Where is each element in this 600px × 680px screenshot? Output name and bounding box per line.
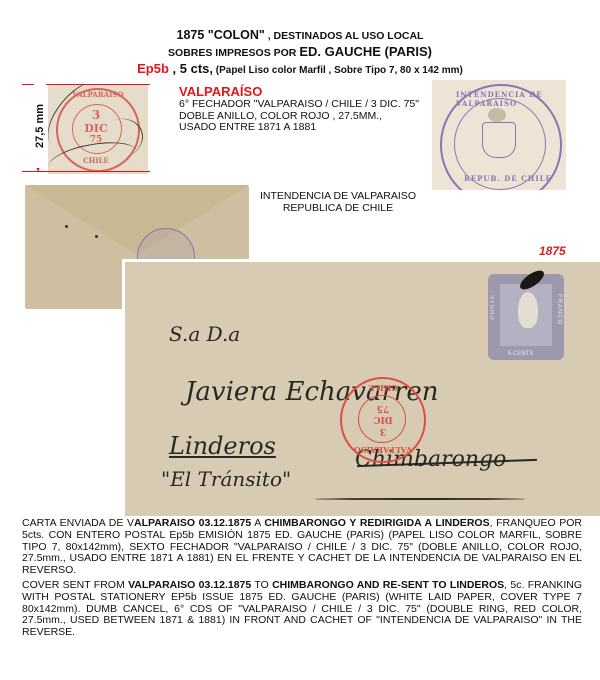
- bold-text: ALPARAISO 03.12.1875: [134, 517, 251, 529]
- red-cds-year: 75: [342, 403, 424, 413]
- indicium-left-text: PORTE: [490, 294, 496, 320]
- description-english: COVER SENT FROM VALPARAISO 03.12.1875 TO…: [22, 580, 582, 639]
- red-cds-month: DIC: [342, 414, 424, 424]
- header-line-3: Ep5b , 5 cts, (Papel Liso color Marfil ,…: [0, 61, 600, 78]
- cachet-caption: INTENDENCIA DE VALPARAISO REPUBLICA DE C…: [258, 190, 418, 214]
- coat-of-arms-crest: [488, 108, 506, 122]
- cachet-detail-image: INTENDENCIA DE VALPARAISO REPUB. DE CHIL…: [432, 80, 566, 190]
- text: TO: [251, 579, 272, 591]
- measure-label: 27,5 mm: [34, 84, 46, 168]
- red-cds-postmark: CHILE 75 DIC 3 VALPARAISO: [340, 377, 426, 463]
- measure-bottom-line: [22, 171, 150, 172]
- header-subtitle: , DESTINADOS AL USO LOCAL: [265, 30, 424, 42]
- paper-detail: (Papel Liso color Marfil , Sobre Tipo 7,…: [213, 65, 463, 76]
- envelope-flap: [25, 185, 249, 255]
- page-header: 1875 "COLON" , DESTINADOS AL USO LOCAL S…: [0, 28, 600, 78]
- indicium-bottom-text: 5 CENTS: [508, 351, 533, 357]
- text: A: [251, 517, 264, 529]
- text: COVER SENT FROM: [22, 579, 128, 591]
- face-value: , 5 cts,: [169, 61, 213, 76]
- header-printed-by: SOBRES IMPRESOS POR: [168, 47, 299, 59]
- diameter-measurement: 27,5 mm: [22, 84, 162, 172]
- postmark-title: VALPARAÍSO: [179, 84, 262, 99]
- year-label: 1875: [539, 244, 566, 258]
- spot: [95, 235, 98, 238]
- address-town: Linderos: [169, 432, 276, 460]
- text: CARTA ENVIADA DE V: [22, 517, 134, 529]
- bold-text: CHIMBARONGO AND RE-SENT TO LINDEROS: [272, 579, 504, 591]
- envelope-front-image: PORTE FRANCO 5 CENTS S.a D.a Javiera Ech…: [122, 259, 600, 516]
- red-cds-top-text: CHILE: [342, 383, 424, 393]
- spot: [65, 225, 68, 228]
- header-title: 1875 "COLON": [177, 28, 265, 42]
- catalog-code: Ep5b: [137, 61, 169, 76]
- cachet-caption-line-1: INTENDENCIA DE VALPARAISO: [258, 190, 418, 202]
- indicium-right-text: FRANCO: [556, 294, 562, 325]
- bold-text: VALPARAISO 03.12.1875: [128, 579, 251, 591]
- bold-text: CHIMBARONGO Y REDIRIGIDA A LINDEROS: [264, 517, 489, 529]
- red-cds-day: 3: [342, 426, 424, 436]
- address-estate: "El Tránsito": [161, 467, 291, 491]
- header-line-2: SOBRES IMPRESOS POR ED. GAUCHE (PARIS): [0, 44, 600, 61]
- underline-stroke: [315, 498, 525, 500]
- postmark-description: 6° FECHADOR "VALPARAISO / CHILE / 3 DIC.…: [179, 99, 419, 134]
- address-salutation: S.a D.a: [169, 322, 240, 346]
- header-printer: ED. GAUCHE (PARIS): [299, 44, 432, 59]
- coat-of-arms-shield: [482, 122, 516, 158]
- cachet-caption-line-2: REPUBLICA DE CHILE: [258, 202, 418, 214]
- description-spanish: CARTA ENVIADA DE VALPARAISO 03.12.1875 A…: [22, 518, 582, 577]
- columbus-head-icon: [518, 292, 538, 328]
- red-cds-bottom-text: VALPARAISO: [342, 445, 424, 455]
- header-line-1: 1875 "COLON" , DESTINADOS AL USO LOCAL: [0, 28, 600, 44]
- cachet-top-text: INTENDENCIA DE VALPARAISO: [456, 90, 566, 108]
- cachet-bottom-text: REPUB. DE CHILE: [464, 174, 552, 183]
